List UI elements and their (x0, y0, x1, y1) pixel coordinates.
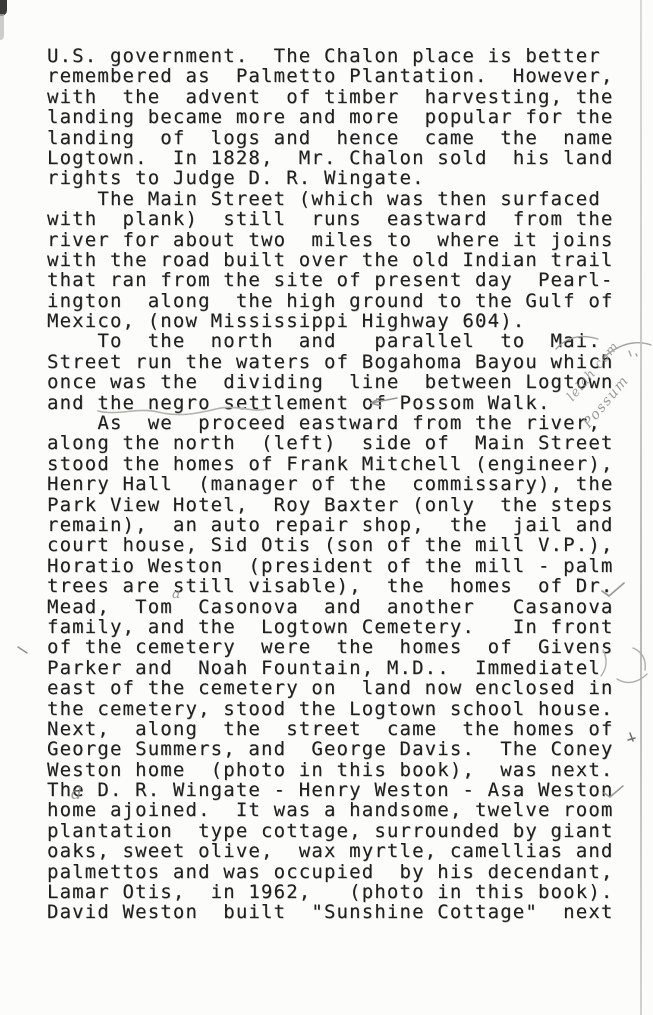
handwritten-insertion-d: d (71, 784, 82, 804)
text-line: To the north and parallel to Mai. (47, 331, 614, 351)
text-line: landing of logs and hence came the name (47, 128, 614, 148)
scanned-document-page: U.S. government. The Chalon place is bet… (0, 0, 653, 1015)
text-line: once was the dividing line between Logto… (47, 372, 614, 392)
handwritten-insertion-a: a (172, 586, 180, 602)
text-line: Logtown. In 1828, Mr. Chalon sold his la… (47, 148, 614, 168)
text-line: landing became more and more popular for… (47, 107, 614, 127)
text-line: Horatio Weston (president of the mill - … (47, 556, 614, 576)
text-line: palmettos and was occupied by his decend… (47, 862, 614, 882)
text-line: U.S. government. The Chalon place is bet… (47, 46, 614, 66)
scan-corner-smudge (0, 14, 4, 40)
text-line: Weston home (photo in this book), was ne… (47, 760, 614, 780)
text-line: David Weston built "Sunshine Cottage" ne… (47, 902, 614, 922)
text-line: court house, Sid Otis (son of the mill V… (47, 535, 614, 555)
text-line: Mead, Tom Casonova and another Casanova (47, 597, 614, 617)
text-line: Parker and Noah Fountain, M.D.. Immediat… (47, 658, 614, 678)
text-line: of the cemetery were the homes of Givens (47, 637, 614, 657)
text-line: As we proceed eastward from the river, (47, 413, 614, 433)
text-line: oaks, sweet olive, wax myrtle, camellias… (47, 841, 614, 861)
text-line: river for about two miles to where it jo… (47, 230, 614, 250)
typed-text: U.S. government. The Chalon place is bet… (47, 46, 614, 923)
pencil-tick-mark (628, 733, 635, 741)
text-line: with plank) still runs eastward from the (47, 209, 614, 229)
pencil-tick-left (18, 647, 27, 653)
scan-edge-line (640, 0, 642, 1015)
text-line: Mexico, (now Mississippi Highway 604). (47, 311, 614, 331)
text-line: east of the cemetery on land now enclose… (47, 678, 614, 698)
text-line: The D. R. Wingate - Henry Weston - Asa W… (47, 780, 614, 800)
text-line: plantation type cottage, surrounded by g… (47, 821, 614, 841)
text-line: along the north (left) side of Main Stre… (47, 433, 614, 453)
text-line: with the advent of timber harvesting, th… (47, 87, 614, 107)
text-line: the cemetery, stood the Logtown school h… (47, 699, 614, 719)
text-line: Street run the waters of Bogahoma Bayou … (47, 352, 614, 372)
text-line: stood the homes of Frank Mitchell (engin… (47, 454, 614, 474)
text-line: trees are still visable), the homes of D… (47, 576, 614, 596)
text-line: with the road built over the old Indian … (47, 250, 614, 270)
text-line: Lamar Otis, in 1962, (photo in this book… (47, 882, 614, 902)
text-line: home ajoined. It was a handsome, twelve … (47, 800, 614, 820)
text-line: family, and the Logtown Cemetery. In fro… (47, 617, 614, 637)
text-line: Park View Hotel, Roy Baxter (only the st… (47, 495, 614, 515)
text-line: ington along the high ground to the Gulf… (47, 291, 614, 311)
text-line: Henry Hall (manager of the commissary), … (47, 474, 614, 494)
text-line: George Summers, and George Davis. The Co… (47, 739, 614, 759)
text-line: and the negro settlement of Possom Walk. (47, 393, 614, 413)
text-line: remembered as Palmetto Plantation. Howev… (47, 66, 614, 86)
text-line: The Main Street (which was then surfaced (47, 189, 614, 209)
text-line: rights to Judge D. R. Wingate. (47, 168, 614, 188)
text-line: Next, along the street came the homes of (47, 719, 614, 739)
text-line: that ran from the site of present day Pe… (47, 270, 614, 290)
text-line: remain), an auto repair shop, the jail a… (47, 515, 614, 535)
